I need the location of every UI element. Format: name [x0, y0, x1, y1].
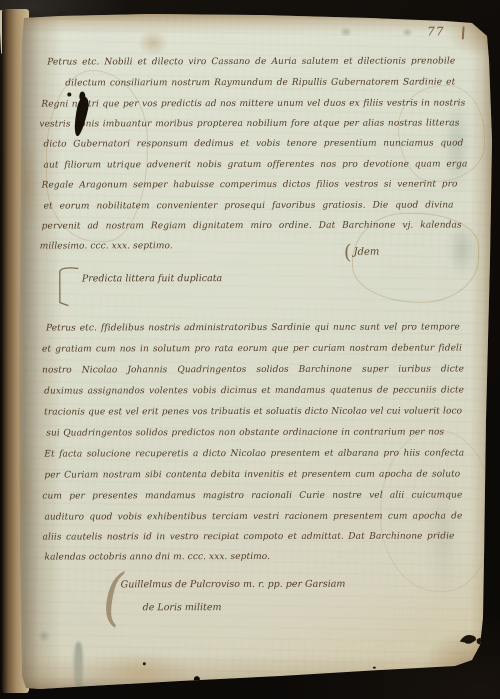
closing-line: de Loris militem [143, 602, 222, 614]
side-note-idem: (Jdem [344, 246, 380, 259]
letter1-line: dilectum consiliarium nostrum Raymundum … [65, 76, 455, 91]
letter1-line: Petrus etc. Nobili et dilecto viro Cassa… [47, 55, 455, 70]
ink-speck [67, 92, 71, 96]
letter1-line: dicto Gubernatori responsum dedimus et v… [43, 137, 463, 152]
ink-speck [194, 676, 200, 682]
letter2-line: cum per presentes mandamus magistro raci… [42, 489, 462, 504]
letter2-line: sui Quadringentos solidos predictos non … [46, 426, 444, 441]
margin-tick-mark [462, 26, 465, 39]
ink-speck [373, 667, 376, 669]
letter2-line: Et facta solucione recuperetis a dicto N… [44, 447, 464, 462]
closing-line: Guillelmus de Pulcroviso m. r. pp. per G… [121, 579, 346, 592]
letter1-line: et eorum nobilitatem convenienter proseq… [44, 199, 454, 214]
side-note-text: Jdem [354, 247, 380, 258]
ink-speck [143, 662, 146, 665]
side-note-paren: ( [344, 240, 352, 264]
letter1-line: Regale Aragonum semper habuisse comperim… [42, 178, 458, 193]
letter2-line: audituro quod vobis exhibentibus terciam… [44, 510, 462, 525]
folio-number: 77 [427, 25, 444, 37]
closing-bracket: ( [103, 566, 124, 628]
rubric-text: Predicta littera fuit duplicata [82, 272, 222, 285]
letter2-line: et gratiam cum nos in solutum pro rata e… [42, 342, 462, 357]
manuscript-page: 77 Petrus etc. Nobili et dilecto viro Ca… [0, 0, 500, 699]
letter2-line: Petrus etc. ffidelibus nostris administr… [46, 321, 460, 336]
manuscript-photo: 77 Petrus etc. Nobili et dilecto viro Ca… [0, 0, 500, 699]
ink-flourish [457, 625, 493, 655]
letter2-line: tracionis que est vel erit penes vos tri… [44, 405, 462, 420]
letter2-line: nostro Nicolao Johannis Quadringentos so… [42, 363, 464, 378]
letter2-line: aliis cautelis nostris id in vestro reci… [42, 530, 454, 545]
letter2-line: per Curiam nostram sibi contenta debita … [44, 468, 460, 483]
letter2-line: kalendas octobris anno dni m. ccc. xxx. … [45, 551, 271, 566]
letter1-line: aut filiorum utrique advenerit nobis gra… [44, 158, 468, 173]
rubric-bracket-icon [56, 264, 82, 314]
letter2-line: duximus assignandos volentes vobis dicim… [44, 384, 464, 399]
fore-edge-line [494, 30, 497, 550]
letter1-line: Regni nostri que per vos predictis ad no… [41, 97, 465, 112]
text-layer: 77 Petrus etc. Nobili et dilecto viro Ca… [0, 0, 500, 699]
letter1-line: vestris bonis imbuantur moribus proptere… [39, 117, 459, 132]
ink-blot-head [79, 91, 85, 101]
letter1-line: pervenit ad nostram Regiam dignitatem mi… [42, 219, 462, 234]
letter1-line: millesimo. ccc. xxx. septimo. [40, 240, 173, 254]
